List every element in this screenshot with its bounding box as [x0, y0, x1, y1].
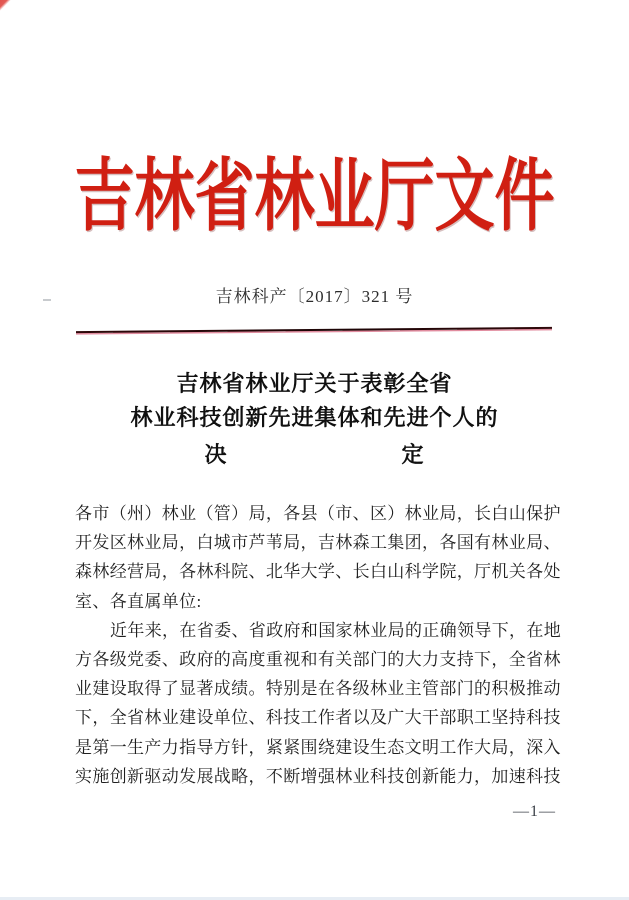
doc-title-line3-right: 定: [401, 438, 424, 472]
body-line: 实施创新驱动发展战略，不断增强林业科技创新能力，加速科技: [75, 762, 567, 791]
page-number: —1—: [513, 803, 556, 821]
body-line: 森林经营局，各林科院、北华大学、长白山科学院，厅机关各处: [75, 557, 567, 586]
body-line: 业建设取得了显著成绩。特别是在各级林业主管部门的积极推动: [75, 674, 567, 703]
body-line: 开发区林业局，白城市芦苇局，吉林森工集团，各国有林业局、: [75, 528, 567, 557]
body-line: 各市（州）林业（管）局，各县（市、区）林业局，长白山保护: [75, 499, 567, 528]
doc-title-line1: 吉林省林业厅关于表彰全省: [0, 367, 629, 401]
scan-smudge: [43, 299, 51, 301]
doc-title-line2: 林业科技创新先进集体和先进个人的: [0, 401, 629, 435]
agency-title: 吉林省林业厅文件: [0, 157, 629, 236]
body-line: 是第一生产力指导方针，紧紧围绕建设生态文明工作大局，深入: [75, 733, 567, 762]
doc-title-line3: 决 定: [205, 438, 425, 472]
doc-number: 吉林科产〔2017〕321 号: [0, 287, 629, 307]
doc-title-line3-left: 决: [205, 438, 228, 472]
body-line: 近年来，在省委、省政府和国家林业局的正确领导下，在地: [75, 616, 567, 645]
body-line: 下，全省林业建设单位、科技工作者以及广大干部职工坚持科技: [75, 703, 567, 732]
body-line: 方各级党委、政府的高度重视和有关部门的大力支持下，全省林: [75, 645, 567, 674]
document-page: 吉林省林业厅文件 吉林科产〔2017〕321 号 吉林省林业厅关于表彰全省 林业…: [0, 0, 629, 900]
doc-title: 吉林省林业厅关于表彰全省 林业科技创新先进集体和先进个人的 决 定: [0, 367, 629, 472]
body-line: 室、各直属单位:: [75, 587, 567, 616]
corner-scan-artifact: [0, 0, 12, 12]
body-text: 各市（州）林业（管）局，各县（市、区）林业局，长白山保护 开发区林业局，白城市芦…: [75, 499, 567, 791]
header-rule: [76, 327, 552, 333]
